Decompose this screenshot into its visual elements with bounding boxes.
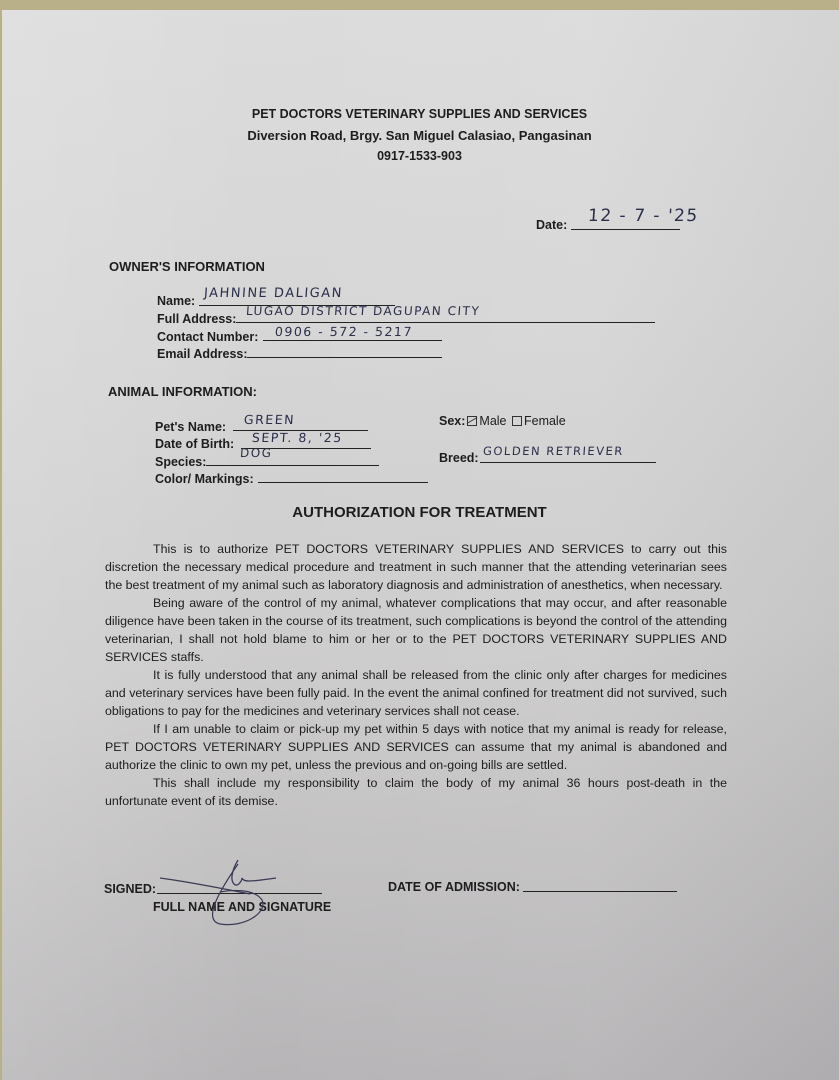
color-line[interactable] [258,482,428,483]
dob-label: Date of Birth: [155,437,234,451]
pet-name-label: Pet's Name: [155,420,226,434]
company-name: PET DOCTORS VETERINARY SUPPLIES AND SERV… [0,107,839,121]
owner-contact-label: Contact Number: [157,330,258,344]
owner-name-value[interactable]: JAHNINE DALIGAN [203,286,343,301]
authorization-paragraph: Being aware of the control of my animal,… [105,594,727,666]
breed-value[interactable]: GOLDEN RETRIEVER [483,444,625,458]
owner-address-label: Full Address: [157,312,236,326]
authorization-body: This is to authorize PET DOCTORS VETERIN… [105,540,727,810]
owner-name-label: Name: [157,294,195,308]
breed-line [480,462,656,463]
owner-contact-line [263,340,442,341]
owner-email-label: Email Address: [157,347,248,361]
authorization-paragraph: This shall include my responsibility to … [105,774,727,810]
species-label: Species: [155,455,206,469]
sex-male-label: Male [479,414,506,428]
admission-label: DATE OF ADMISSION: [388,880,520,894]
authorization-paragraph: This is to authorize PET DOCTORS VETERIN… [105,540,727,594]
date-line [571,229,680,230]
date-value[interactable]: 12 - 7 - '25 [587,206,699,226]
authorization-paragraph: If I am unable to claim or pick-up my pe… [105,720,727,774]
sex-field: Sex:Male Female [439,414,566,428]
date-label: Date: [536,218,567,232]
sex-male-checkbox[interactable] [467,416,477,426]
species-line [206,465,379,466]
owner-section-title: OWNER'S INFORMATION [109,259,265,274]
animal-section-title: ANIMAL INFORMATION: [108,384,257,399]
species-value[interactable]: DOG [240,446,273,460]
breed-label: Breed: [439,451,479,465]
owner-contact-value[interactable]: 0906 - 572 - 5217 [274,324,413,339]
company-phone: 0917-1533-903 [0,149,839,163]
dob-value[interactable]: SEPT. 8, '25 [251,430,343,445]
owner-email-line[interactable] [247,357,442,358]
sex-female-checkbox[interactable] [512,416,522,426]
company-address: Diversion Road, Brgy. San Miguel Calasia… [0,128,839,143]
signed-label: SIGNED: [104,882,156,896]
owner-address-line [236,322,655,323]
sex-female-label: Female [524,414,566,428]
color-label: Color/ Markings: [155,472,254,486]
authorization-paragraph: It is fully understood that any animal s… [105,666,727,720]
pet-name-value[interactable]: GREEN [243,412,295,427]
sex-label: Sex: [439,414,465,428]
owner-address-value[interactable]: LUGAO DISTRICT DAGUPAN CITY [246,304,481,318]
authorization-title: AUTHORIZATION FOR TREATMENT [0,504,839,521]
admission-line[interactable] [523,891,677,892]
signature-scribble [150,860,290,930]
